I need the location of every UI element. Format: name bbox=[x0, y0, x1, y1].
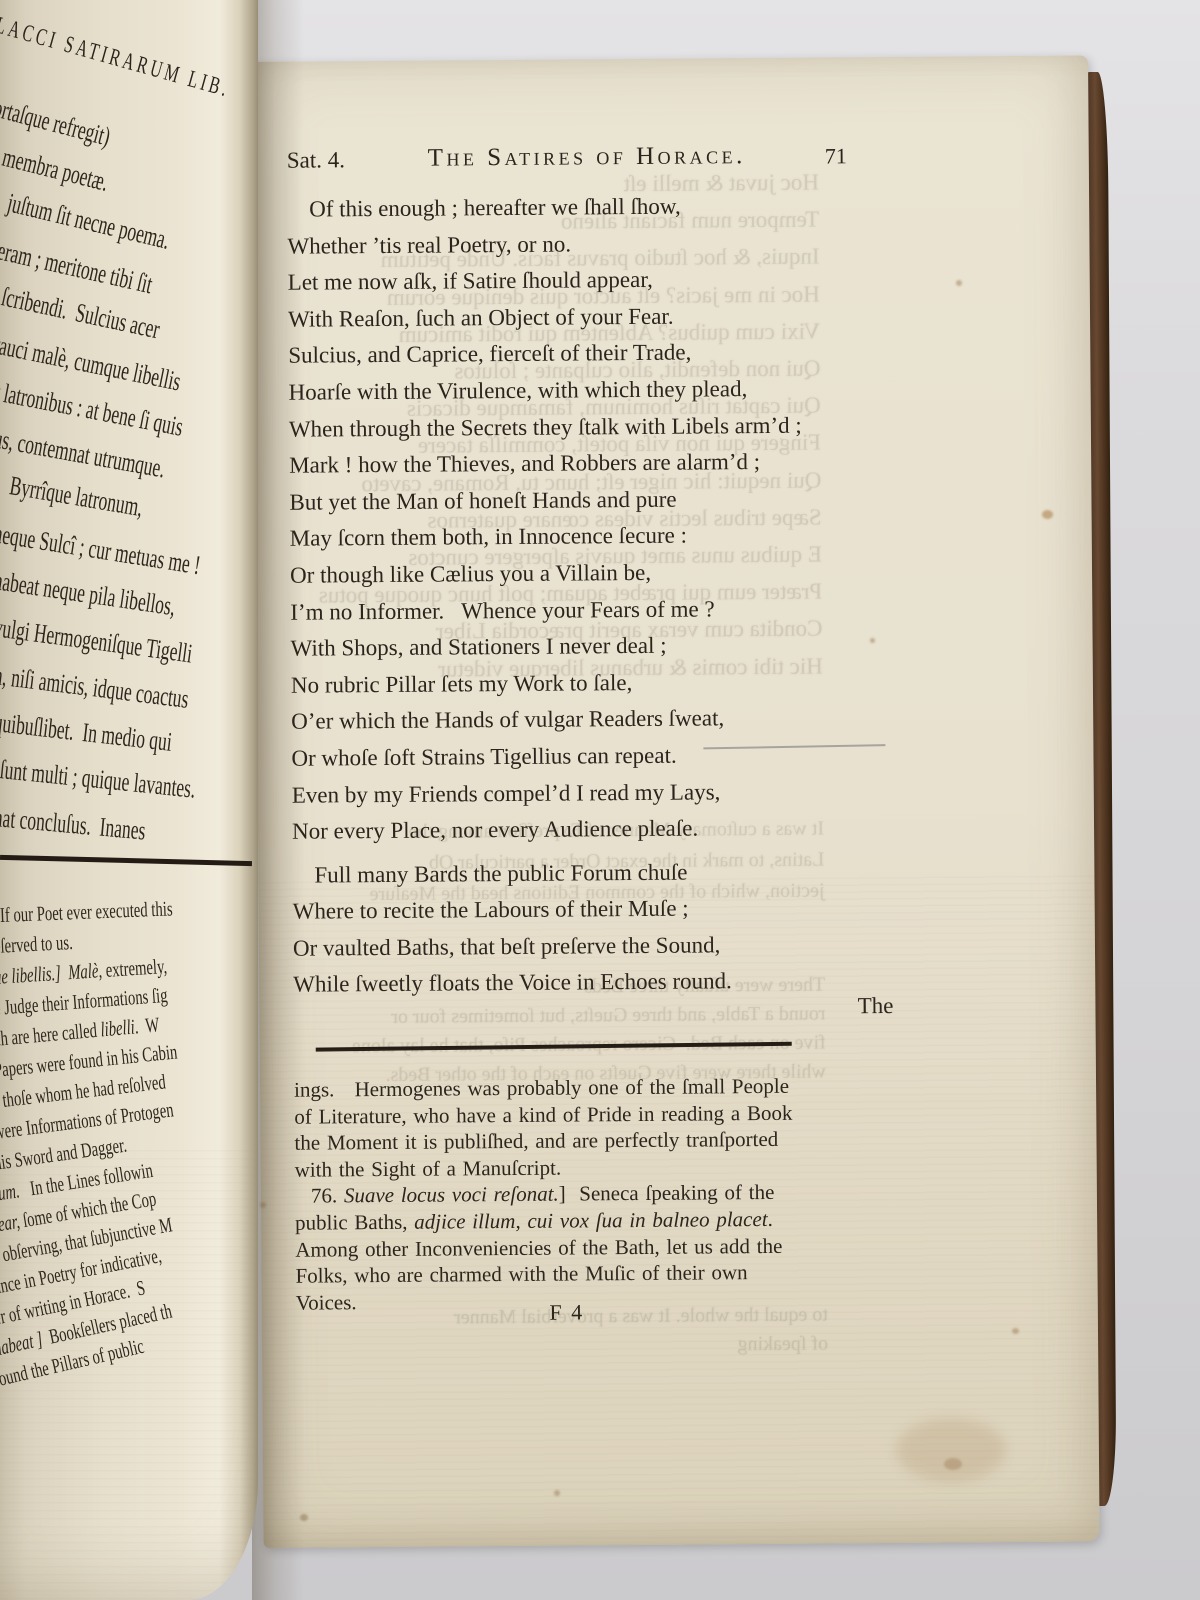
poem-line: Hoarſe with the Virulence, with which th… bbox=[288, 370, 892, 411]
running-title: The Satires of Horace. bbox=[327, 141, 847, 173]
poem-line: Or though like Cælius you a Villain be, bbox=[290, 553, 894, 594]
catchword: The bbox=[293, 993, 893, 1024]
gathering-signature: F 4 bbox=[512, 1299, 622, 1326]
showthrough-line: of ſpeaking bbox=[262, 1333, 828, 1360]
showthrough-mid-block: It was a cuſtomary Manner of Expreſſion … bbox=[252, 55, 1088, 62]
poem-line: When through the Secrets they ſtalk with… bbox=[289, 407, 893, 448]
poem-line: With Reaſon, ſuch an Object of your Fear… bbox=[288, 297, 892, 338]
left-footnote-rule bbox=[0, 855, 252, 866]
poem-line: Nor every Place, nor every Audience plea… bbox=[292, 809, 896, 850]
poem-line: O’er which the Hands of vulgar Readers ſ… bbox=[291, 699, 895, 740]
poem-line: Mark ! how the Thieves, and Robbers are … bbox=[289, 443, 893, 484]
poem-text: Of this enough ; hereafter we ſhall ſhow… bbox=[287, 187, 897, 1004]
page-number: 71 bbox=[825, 143, 847, 169]
poem-line: Sulcius, and Caprice, fierceſt of their … bbox=[288, 333, 892, 374]
left-latin-line: nat concluſus. Inanes bbox=[0, 802, 147, 847]
book-photo: LACCI SATIRARUM LIB. Qui non defendit, a… bbox=[0, 0, 1200, 1600]
poem-line: Where to recite the Labours of their Muſ… bbox=[293, 889, 897, 930]
showthrough-low-block: There were uſually three Bedsround a Tab… bbox=[252, 55, 1088, 62]
left-running-head: LACCI SATIRARUM LIB. bbox=[0, 12, 233, 103]
poem-line: I’m no Informer. Whence your Fears of me… bbox=[290, 590, 894, 631]
showthrough-poem-block: Hoc juvat & melli eſtTempore num faciant… bbox=[252, 55, 1088, 62]
poem-line: Whether ’tis real Poetry, or no. bbox=[287, 224, 891, 265]
poem-line: With Shops, and Stationers I never deal … bbox=[290, 626, 894, 667]
poem-line: But yet the Man of honeſt Hands and pure bbox=[289, 480, 893, 521]
poem-line: Even by my Friends compel’d I read my La… bbox=[292, 772, 896, 813]
left-page: LACCI SATIRARUM LIB. Qui non defendit, a… bbox=[0, 0, 258, 1600]
poem-line: Let me now aſk, if Satire ſhould appear, bbox=[288, 260, 892, 301]
left-latin-line: Byrrîque latronum, bbox=[7, 471, 145, 524]
running-header: Sat. 4. The Satires of Horace. 71 bbox=[287, 141, 887, 178]
poem-line: Or vaulted Baths, that beſt preſerve the… bbox=[293, 926, 897, 967]
poem-line: Of this enough ; hereafter we ſhall ſhow… bbox=[287, 187, 891, 228]
left-latin-line: quibuſlibet. In medio qui bbox=[0, 707, 174, 758]
poem-line: Full many Bards the public Forum chuſe bbox=[292, 853, 896, 894]
left-latin-line: n, niſi amicis, idque coactus bbox=[0, 660, 190, 715]
left-footnote-line: If our Poet ever executed this bbox=[0, 896, 173, 928]
poem-line: Or whoſe ſoft Strains Tigellius can repe… bbox=[291, 736, 895, 777]
poem-line: No rubric Pillar ſets my Work to ſale, bbox=[291, 663, 895, 704]
right-page: Hoc juvat & melli eſtTempore num faciant… bbox=[252, 55, 1100, 1548]
footnote-text: ings. Hermogenes was probably one of the… bbox=[294, 1072, 904, 1316]
left-latin-line: ſunt multi ; quique lavantes. bbox=[0, 754, 197, 805]
left-footnote-line: eſerved to us. bbox=[0, 930, 73, 959]
poem-line: May ſcorn them both, in Innocence ſecure… bbox=[290, 516, 894, 557]
showthrough-bottom-block: to equal the whole. It was a proverbial … bbox=[252, 55, 1088, 62]
